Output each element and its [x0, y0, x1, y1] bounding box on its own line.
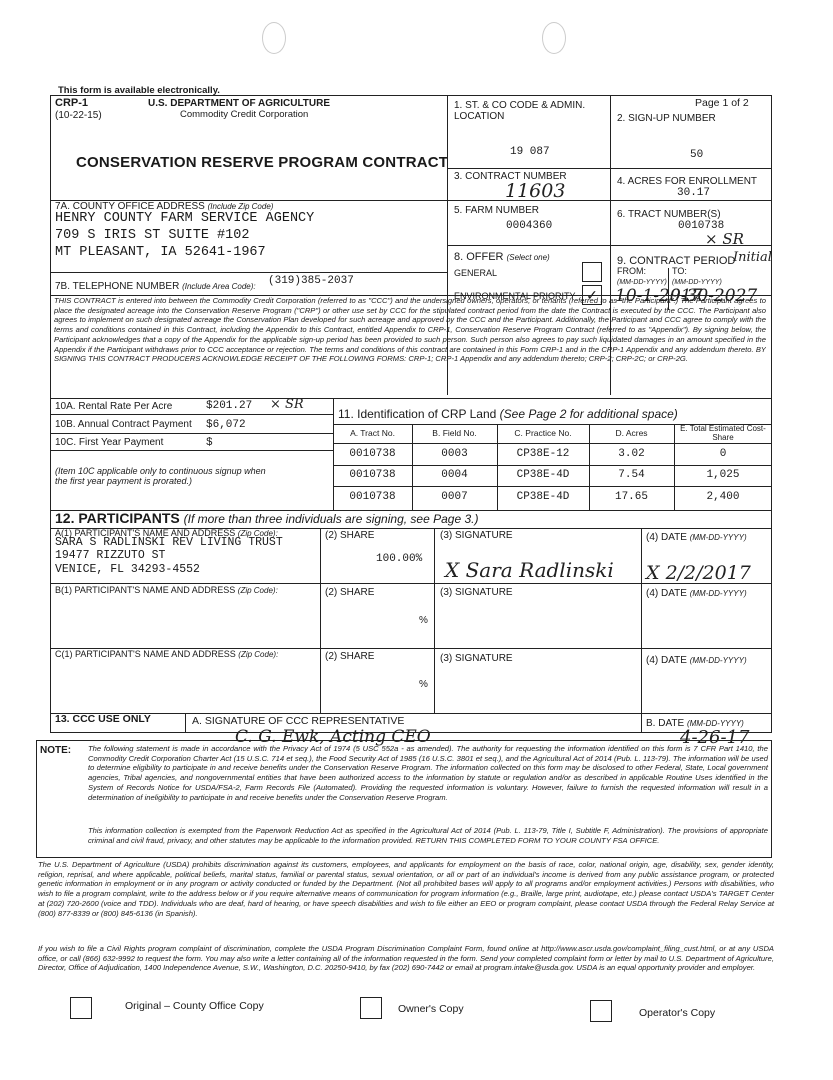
first-year-label: 10C. First Year Payment	[55, 437, 163, 448]
field-3-value[interactable]: 11603	[505, 180, 565, 202]
participant-b-share-label: (2) SHARE	[325, 587, 374, 598]
form-title: CONSERVATION RESERVE PROGRAM CONTRACT	[76, 154, 448, 171]
rental-rate-label: 10A. Rental Rate Per Acre	[55, 401, 172, 412]
row1-cost: 0	[674, 448, 772, 460]
form-id: CRP-1	[55, 97, 88, 109]
punch-hole-right	[542, 22, 566, 54]
participant-c-share[interactable]: %	[419, 679, 428, 690]
participant-c-share-label: (2) SHARE	[325, 651, 374, 662]
participant-c-label: C(1) PARTICIPANT'S NAME AND ADDRESS (Zip…	[55, 650, 278, 660]
first-year-note: (Item 10C applicable only to continuous …	[55, 467, 275, 487]
note-label: NOTE:	[40, 745, 71, 756]
participant-a-signature[interactable]: X Sara Radlinski	[445, 558, 614, 582]
field-9-initial: Initial	[733, 250, 772, 265]
to-label: TO:(MM-DD-YYYY)	[672, 267, 722, 287]
address-line-1[interactable]: HENRY COUNTY FARM SERVICE AGENCY	[55, 211, 314, 226]
field-4-value[interactable]: 30.17	[677, 187, 710, 199]
agency: Commodity Credit Corporation	[180, 110, 308, 120]
row3-acres: 17.65	[589, 491, 674, 503]
field-6-initial: × SR	[705, 230, 744, 248]
row2-practice: CP38E-4D	[497, 469, 589, 481]
row2-acres: 7.54	[589, 469, 674, 481]
col-tract: A. Tract No.	[333, 429, 412, 438]
copy-owner-label: Owner's Copy	[398, 1004, 464, 1016]
department: U.S. DEPARTMENT OF AGRICULTURE	[148, 98, 330, 109]
offer-general-checkbox[interactable]	[582, 262, 602, 282]
phone-value[interactable]: (319)385-2037	[268, 275, 354, 287]
participant-a-line3[interactable]: VENICE, FL 34293-4552	[55, 563, 200, 576]
row3-practice: CP38E-4D	[497, 491, 589, 503]
participant-a-line1[interactable]: SARA S RADLINSKI REV LIVING TRUST	[55, 536, 283, 549]
field-5-label: 5. FARM NUMBER	[454, 205, 539, 216]
annual-payment-label: 10B. Annual Contract Payment	[55, 419, 192, 430]
copy-owner-checkbox[interactable]	[360, 997, 382, 1019]
participant-a-share[interactable]: 100.00%	[376, 553, 422, 565]
first-year-value[interactable]: $	[206, 437, 213, 449]
from-label: FROM:(MM-DD-YYYY)	[617, 267, 667, 287]
ccc-sig-label: A. SIGNATURE OF CCC REPRESENTATIVE	[192, 716, 404, 728]
row3-tract: 0010738	[333, 491, 412, 503]
col-field: B. Field No.	[412, 429, 497, 438]
col-acres: D. Acres	[589, 429, 674, 438]
row3-field: 0007	[412, 491, 497, 503]
col-practice: C. Practice No.	[497, 429, 589, 438]
row1-practice: CP38E-12	[497, 448, 589, 460]
rental-rate-value[interactable]: $201.27	[206, 400, 252, 412]
note-paperwork: This information collection is exempted …	[88, 826, 768, 845]
row1-tract: 0010738	[333, 448, 412, 460]
participant-b-sig-label: (3) SIGNATURE	[440, 587, 513, 598]
participant-b-label: B(1) PARTICIPANT'S NAME AND ADDRESS (Zip…	[55, 586, 278, 596]
copy-operator-checkbox[interactable]	[590, 1000, 612, 1022]
col-cost-share: E. Total Estimated Cost-Share	[674, 425, 772, 443]
participant-a-sig-label: (3) SIGNATURE	[440, 530, 513, 541]
rental-rate-initial: × SR	[270, 397, 304, 412]
field-7b-label: 7B. TELEPHONE NUMBER (Include Area Code)…	[55, 281, 256, 292]
row2-tract: 0010738	[333, 469, 412, 481]
address-line-2[interactable]: 709 S IRIS ST SUITE #102	[55, 228, 249, 243]
copy-operator-label: Operator's Copy	[639, 1008, 715, 1020]
copy-county-label: Original – County Office Copy	[125, 1001, 264, 1013]
row3-cost: 2,400	[674, 491, 772, 503]
punch-hole-left	[262, 22, 286, 54]
participant-a-line2[interactable]: 19477 RIZZUTO ST	[55, 549, 165, 562]
row1-field: 0003	[412, 448, 497, 460]
complaint-text: If you wish to file a Civil Rights progr…	[38, 944, 774, 973]
participant-c-date-label: (4) DATE (MM-DD-YYYY)	[646, 655, 747, 666]
field-1-label: 1. ST. & CO CODE & ADMIN. LOCATION	[454, 100, 604, 122]
field-5-value[interactable]: 0004360	[506, 220, 552, 232]
copy-county-checkbox[interactable]	[70, 997, 92, 1019]
field-4-label: 4. ACRES FOR ENROLLMENT	[617, 176, 757, 187]
participant-b-share[interactable]: %	[419, 615, 428, 626]
row2-cost: 1,025	[674, 469, 772, 481]
field-1-value[interactable]: 19 087	[510, 146, 550, 158]
participant-c-sig-label: (3) SIGNATURE	[440, 653, 513, 664]
contract-text: THIS CONTRACT is entered into between th…	[54, 296, 766, 396]
form-date: (10-22-15)	[55, 110, 102, 121]
participants-title: 12. PARTICIPANTS (If more than three ind…	[55, 510, 478, 526]
address-line-3[interactable]: MT PLEASANT, IA 52641-1967	[55, 245, 266, 260]
note-privacy: The following statement is made in accor…	[88, 744, 768, 802]
participant-a-date-label: (4) DATE (MM-DD-YYYY)	[646, 532, 747, 543]
field-8-label: 8. OFFER (Select one)	[454, 251, 550, 263]
row2-field: 0004	[412, 469, 497, 481]
offer-general-label: GENERAL	[454, 269, 497, 279]
row1-acres: 3.02	[589, 448, 674, 460]
participant-a-share-label: (2) SHARE	[325, 530, 374, 541]
land-title: 11. Identification of CRP Land (See Page…	[338, 407, 678, 421]
field-6-label: 6. TRACT NUMBER(S)	[617, 209, 721, 220]
nondiscrimination-text: The U.S. Department of Agriculture (USDA…	[38, 860, 774, 918]
field-2-value[interactable]: 50	[690, 149, 703, 161]
annual-payment-value[interactable]: $6,072	[206, 419, 246, 431]
field-2-label: 2. SIGN-UP NUMBER	[617, 113, 716, 124]
participant-b-date-label: (4) DATE (MM-DD-YYYY)	[646, 588, 747, 599]
ccc-use-only: 13. CCC USE ONLY	[55, 714, 151, 726]
participant-a-date[interactable]: X 2/2/2017	[646, 562, 751, 584]
